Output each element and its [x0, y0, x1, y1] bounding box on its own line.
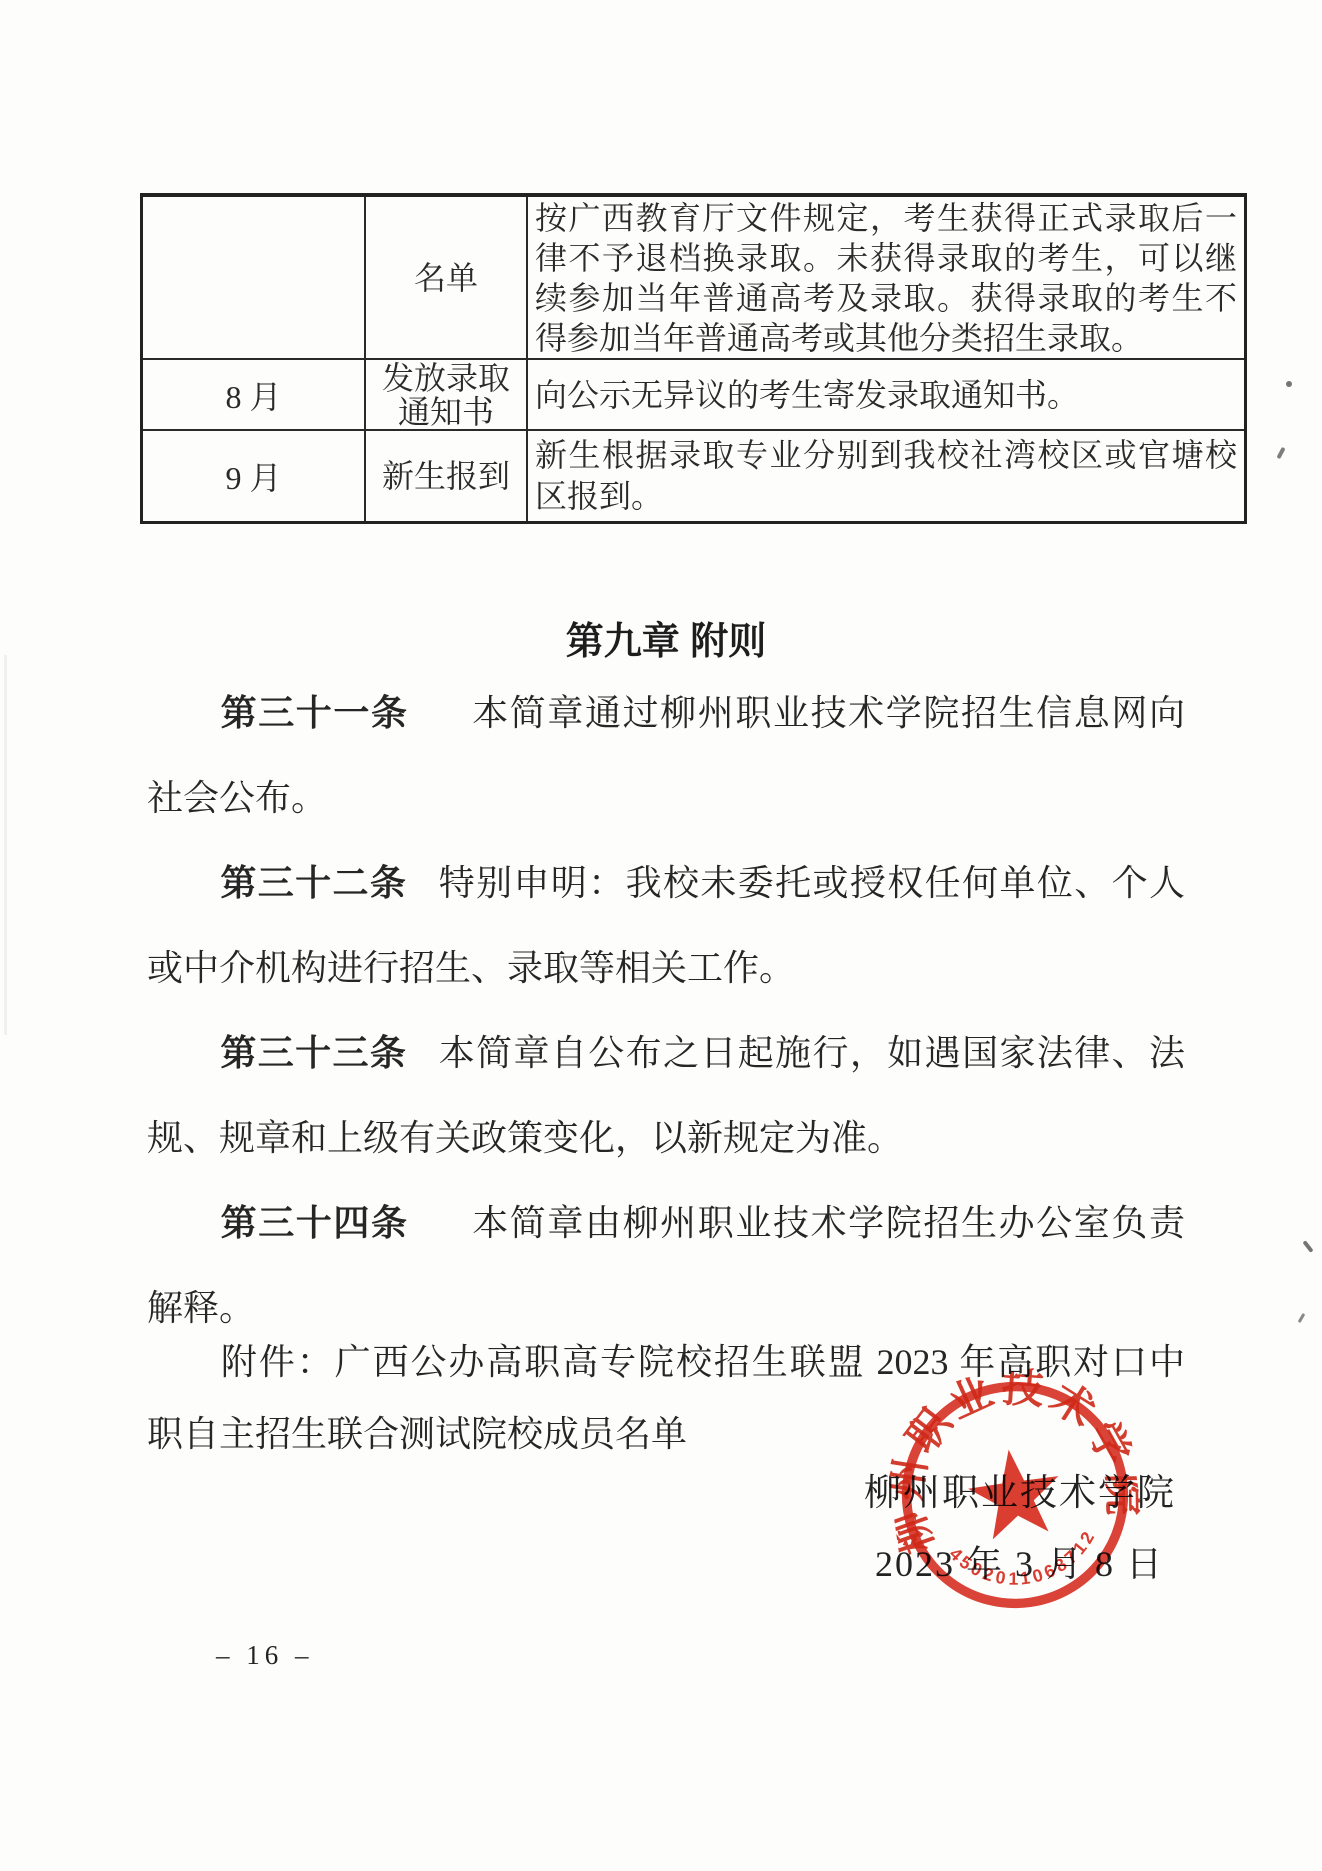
- desc-cell: 向公示无异议的考生寄发录取通知书。: [527, 359, 1246, 430]
- document-page: 名单 按广西教育厅文件规定，考生获得正式录取后一律不予退档换录取。未获得录取的考…: [0, 0, 1322, 1871]
- article-33-text: 本简章自公布之日起施行，如遇国家法律、法: [437, 1033, 1185, 1073]
- table-row: 8 月 发放录取通知书 向公示无异议的考生寄发录取通知书。: [142, 359, 1246, 430]
- schedule-table: 名单 按广西教育厅文件规定，考生获得正式录取后一律不予退档换录取。未获得录取的考…: [140, 193, 1247, 524]
- scan-speck: [1302, 1240, 1313, 1253]
- desc-cell: 按广西教育厅文件规定，考生获得正式录取后一律不予退档换录取。未获得录取的考生，可…: [527, 195, 1246, 359]
- desc-cell: 新生根据录取专业分别到我校社湾校区或官塘校区报到。: [527, 430, 1246, 522]
- item-cell: 名单: [365, 195, 527, 359]
- chapter-title: 第九章 附则: [147, 616, 1185, 690]
- table-row: 9 月 新生报到 新生根据录取专业分别到我校社湾校区或官塘校区报到。: [142, 430, 1246, 522]
- month-cell: 8 月: [142, 359, 366, 430]
- article-34-line-1: 第三十四条本简章由柳州职业技术学院招生办公室负责: [147, 1200, 1185, 1285]
- article-32-label: 第三十二条: [219, 863, 407, 903]
- article-32-line-2: 或中介机构进行招生、录取等相关工作。: [147, 945, 1185, 1030]
- article-34-text: 本简章由柳州职业技术学院招生办公室负责: [471, 1203, 1185, 1243]
- seal-star: [964, 1443, 1066, 1542]
- article-34-label: 第三十四条: [219, 1203, 409, 1243]
- article-31-line-1: 第三十一条本简章通过柳州职业技术学院招生信息网向: [147, 690, 1185, 775]
- item-cell: 发放录取通知书: [365, 359, 527, 430]
- month-cell: [142, 195, 366, 359]
- scan-speck: [1298, 1313, 1306, 1323]
- official-seal: 柳州职业技术学院 4502011068712: [876, 1356, 1154, 1634]
- article-31-line-2: 社会公布。: [147, 775, 1185, 860]
- article-32-text: 特别申明：我校未委托或授权任何单位、个人: [437, 863, 1185, 903]
- item-cell: 新生报到: [365, 430, 527, 522]
- article-31-text: 本简章通过柳州职业技术学院招生信息网向: [471, 693, 1185, 733]
- scan-edge-line: [4, 655, 7, 1035]
- month-cell: 9 月: [142, 430, 366, 522]
- chapter-section: 第九章 附则 第三十一条本简章通过柳州职业技术学院招生信息网向 社会公布。 第三…: [147, 616, 1185, 1370]
- table-row: 名单 按广西教育厅文件规定，考生获得正式录取后一律不予退档换录取。未获得录取的考…: [142, 195, 1246, 359]
- article-32-line-1: 第三十二条特别申明：我校未委托或授权任何单位、个人: [147, 860, 1185, 945]
- article-31-label: 第三十一条: [219, 693, 409, 733]
- scan-speck: [1286, 381, 1292, 387]
- page-number: – 16 –: [216, 1640, 314, 1671]
- article-33-label: 第三十三条: [219, 1033, 407, 1073]
- article-33-line-1: 第三十三条本简章自公布之日起施行，如遇国家法律、法: [147, 1030, 1185, 1115]
- article-33-line-2: 规、规章和上级有关政策变化，以新规定为准。: [147, 1115, 1185, 1200]
- scan-speck: [1276, 447, 1285, 459]
